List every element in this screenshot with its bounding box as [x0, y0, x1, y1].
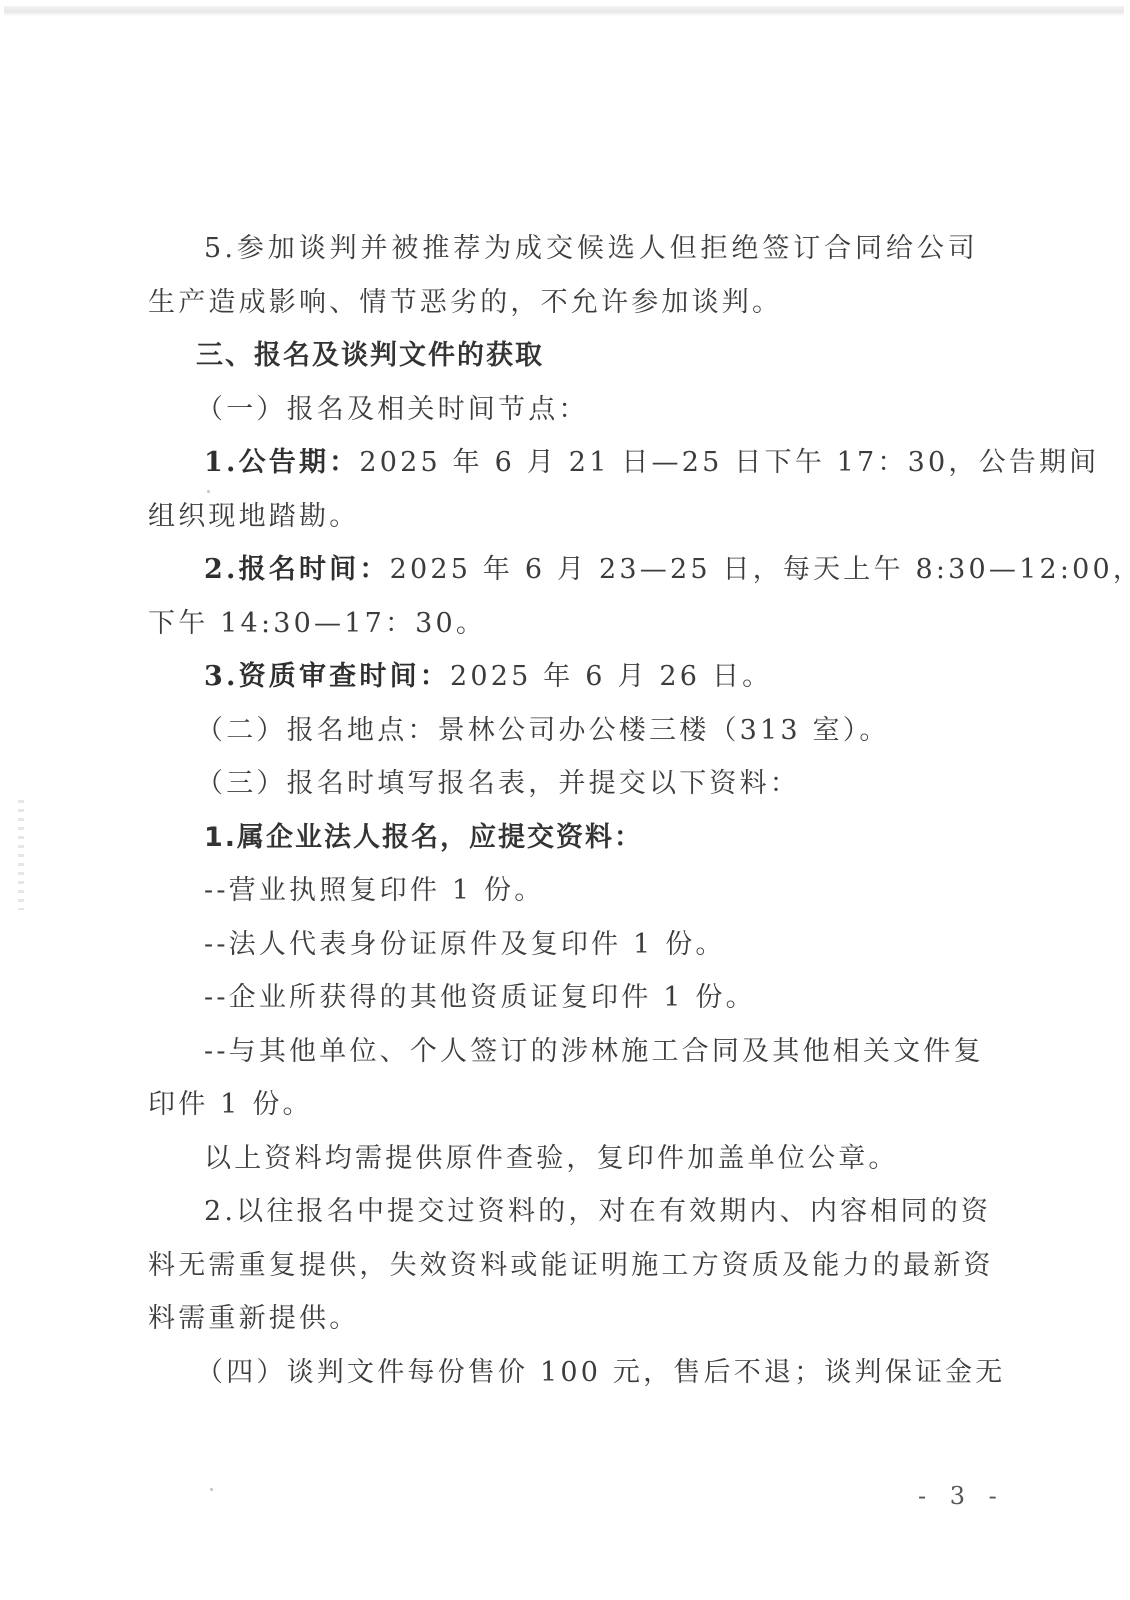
subsection-3-heading: （三）报名时填写报名表，并提交以下资料：	[148, 757, 978, 811]
required-doc-other-qualifications: --企业所获得的其他资质证复印件 1 份。	[148, 971, 978, 1025]
originals-note: 以上资料均需提供原件查验，复印件加盖单位公章。	[148, 1132, 978, 1186]
announcement-period-line-1: 1.公告期：2025 年 6 月 21 日—25 日下午 17：30，公告期间	[148, 436, 978, 490]
paragraph-5-line-1: 5.参加谈判并被推荐为成交候选人但拒绝签订合同给公司	[148, 222, 978, 276]
binding-marks	[18, 800, 24, 910]
qualification-review-label: 3.资质审查时间：	[204, 661, 450, 692]
corporate-registration-heading: 1.属企业法人报名，应提交资料：	[148, 811, 978, 865]
required-doc-legal-rep-id: --法人代表身份证原件及复印件 1 份。	[148, 918, 978, 972]
qualification-review-time: 3.资质审查时间：2025 年 6 月 26 日。	[148, 650, 978, 704]
paragraph-5-line-2: 生产造成影响、情节恶劣的，不允许参加谈判。	[148, 276, 978, 330]
prior-submission-line-2: 料无需重复提供，失效资料或能证明施工方资质及能力的最新资	[148, 1239, 978, 1293]
scan-speck	[210, 1488, 213, 1491]
registration-location: （二）报名地点：景林公司办公楼三楼（313 室）。	[148, 704, 978, 758]
required-doc-contracts-line-2: 印件 1 份。	[148, 1078, 978, 1132]
registration-time-label: 2.报名时间：	[204, 554, 390, 585]
section-3-heading: 三、报名及谈判文件的获取	[148, 329, 978, 383]
required-doc-business-license: --营业执照复印件 1 份。	[148, 864, 978, 918]
page-number: - 3 -	[918, 1482, 1005, 1510]
registration-time-line-2: 下午 14:30—17：30。	[148, 597, 978, 651]
scan-top-edge	[4, 6, 1124, 16]
prior-submission-line-1: 2.以往报名中提交过资料的，对在有效期内、内容相同的资	[148, 1185, 978, 1239]
registration-time-value: 2025 年 6 月 23—25 日，每天上午 8:30—12:00，	[390, 554, 1130, 585]
registration-time-line-1: 2.报名时间：2025 年 6 月 23—25 日，每天上午 8:30—12:0…	[148, 543, 978, 597]
announcement-period-value: 2025 年 6 月 21 日—25 日下午 17：30，公告期间	[359, 447, 1099, 478]
announcement-period-label: 1.公告期：	[204, 447, 359, 478]
required-doc-contracts-line-1: --与其他单位、个人签订的涉林施工合同及其他相关文件复	[148, 1025, 978, 1079]
subsection-1-heading: （一）报名及相关时间节点：	[148, 383, 978, 437]
scan-speck	[207, 490, 210, 493]
prior-submission-line-3: 料需重新提供。	[148, 1292, 978, 1346]
document-page: 5.参加谈判并被推荐为成交候选人但拒绝签订合同给公司 生产造成影响、情节恶劣的，…	[148, 222, 978, 1399]
announcement-period-line-2: 组织现地踏勘。	[148, 490, 978, 544]
subsection-4-line-1: （四）谈判文件每份售价 100 元，售后不退；谈判保证金无	[148, 1346, 978, 1400]
qualification-review-value: 2025 年 6 月 26 日。	[450, 661, 772, 692]
